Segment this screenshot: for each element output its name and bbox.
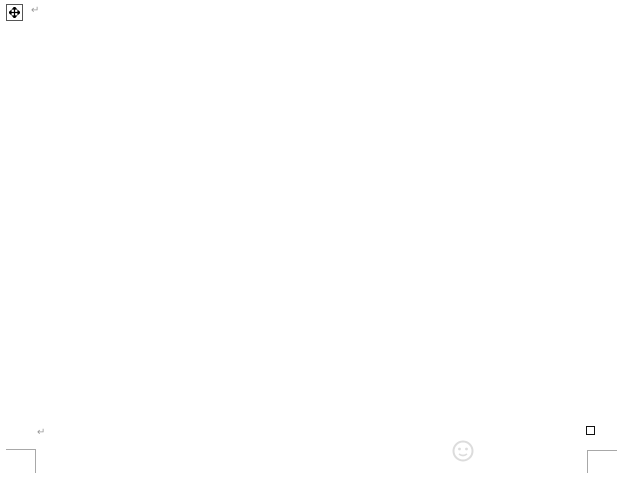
watermark	[450, 437, 482, 463]
text-boundary-corner-right	[587, 450, 617, 473]
watermark-logo-icon	[450, 437, 476, 463]
paragraph-mark-icon: ↵	[37, 427, 45, 438]
table-move-handle[interactable]	[6, 4, 23, 21]
move-cross-icon	[9, 7, 20, 18]
paragraph-mark-icon: ↵	[31, 5, 40, 16]
table-resize-handle[interactable]	[586, 426, 595, 435]
word-document-page: { "page": { "title": "2015 年 2 月 9 日-13 …	[0, 0, 622, 479]
document-title-line[interactable]: ↵	[30, 1, 40, 17]
text-boundary-corner-left	[6, 449, 36, 473]
